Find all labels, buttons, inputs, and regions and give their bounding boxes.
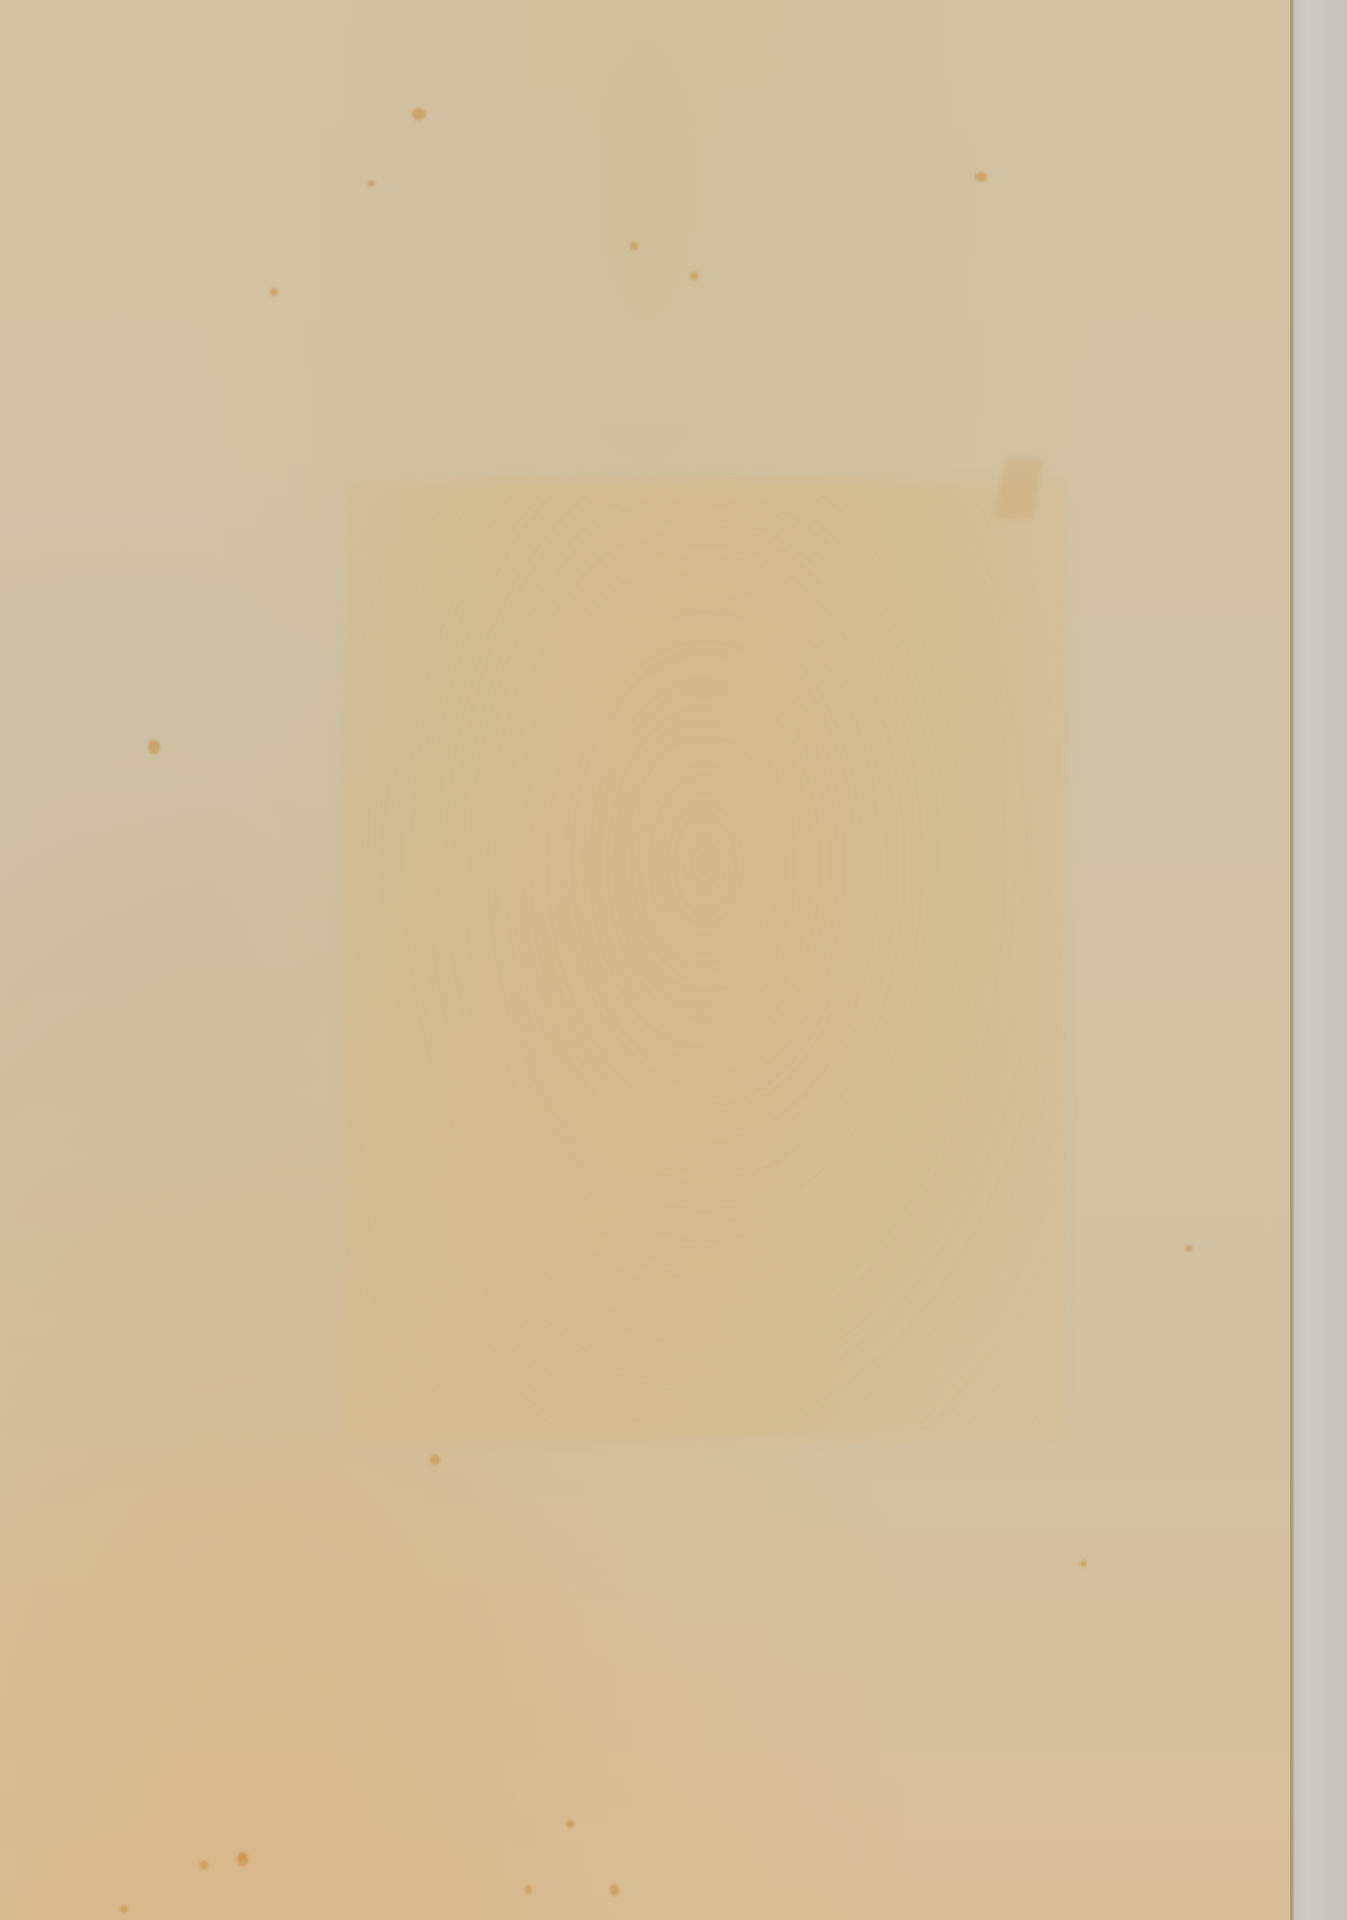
foxing-spot [566, 1820, 574, 1828]
foxing-spot [610, 1884, 619, 1896]
foxing-spot [630, 242, 638, 250]
foxing-spot [1080, 1560, 1087, 1567]
foxing-spot [430, 1455, 440, 1465]
foxing-spot [270, 288, 278, 296]
foxing-spot [148, 740, 160, 754]
plate-offset-stain [345, 480, 1065, 1440]
foxing-spot [1185, 1245, 1192, 1252]
paper-page [0, 0, 1292, 1920]
foxing-spot [975, 172, 987, 182]
foxing-spot [690, 272, 698, 280]
foxing-spot [412, 108, 426, 120]
backing-strip [1292, 0, 1347, 1920]
foxing-spot [368, 180, 375, 187]
foxing-spot [200, 1860, 208, 1870]
foxing-spot [525, 1885, 532, 1894]
foxing-spot [238, 1852, 246, 1860]
foxing-spot [120, 1905, 128, 1913]
